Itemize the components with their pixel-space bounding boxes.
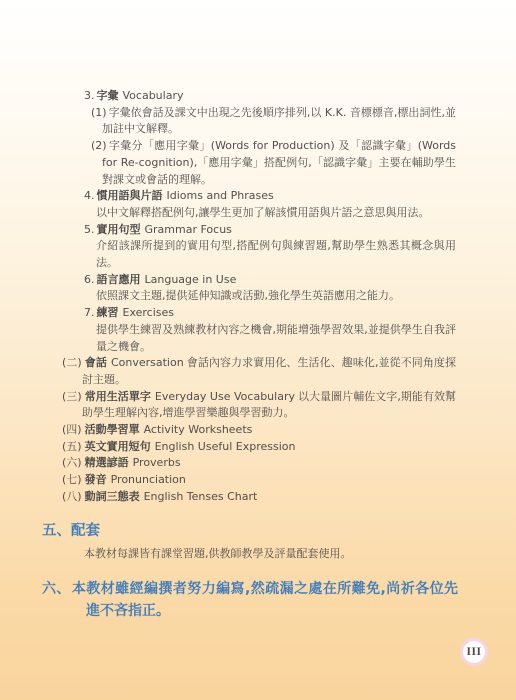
sub-section-marker: (八) [62, 490, 82, 503]
sub-item: (1)字彙依會話及課文中出現之先後順序排列,以 K.K. 音標標音,標出詞性,並… [91, 105, 456, 138]
sub-section-label-en: Activity Worksheets [144, 423, 253, 436]
document-page: 3.字彙Vocabulary (1)字彙依會話及課文中出現之先後順序排列,以 K… [0, 0, 516, 700]
sub-section-marker: (二) [62, 356, 82, 369]
content-area: 3.字彙Vocabulary (1)字彙依會話及課文中出現之先後順序排列,以 K… [42, 88, 458, 622]
feature-item-body: 介紹該課所提到的實用句型,搭配例句與練習題,幫助學生熟悉其概念與用法。 [96, 238, 456, 271]
sub-section-list: (二)會話Conversation會話內容力求實用化、生活化、趣味化,並從不同角… [62, 355, 456, 505]
sub-item-marker: (1) [91, 106, 107, 119]
sub-item-text: 字彙依會話及課文中出現之先後順序排列,以 K.K. 音標標音,標出詞性,並加註中… [102, 106, 456, 136]
sub-section-marker: (七) [62, 473, 82, 486]
sub-section-useful-expression: (五)英文實用短句English Useful Expression [62, 439, 456, 456]
item-marker: 6. [84, 273, 95, 286]
item-title-en: Exercises [123, 306, 175, 319]
sub-section-label-en: Conversation [111, 356, 184, 369]
sub-section-label-zh: 發音 [85, 473, 107, 486]
item-title-en: Idioms and Phrases [167, 189, 274, 202]
sub-section-label-en: Pronunciation [111, 473, 186, 486]
item-marker: 3. [84, 89, 95, 102]
item-title-zh: 語言應用 [97, 273, 141, 286]
item-title-zh: 慣用語與片語 [97, 189, 163, 202]
section-six-marker: 六、 [42, 581, 71, 597]
section-five-heading: 五、配套 [42, 522, 458, 540]
sub-section-conversation: (二)會話Conversation會話內容力求實用化、生活化、趣味化,並從不同角… [62, 355, 456, 388]
sub-section-marker: (六) [62, 456, 82, 469]
sub-section-marker: (三) [62, 390, 82, 403]
feature-item-heading: 4.慣用語與片語Idioms and Phrases [84, 188, 456, 205]
item-title-en: Grammar Focus [145, 223, 232, 236]
item-marker: 4. [84, 189, 95, 202]
item-marker: 5. [84, 223, 95, 236]
sub-section-label-en: Everyday Use Vocabulary [155, 390, 295, 403]
sub-section-everyday-vocabulary: (三)常用生活單字Everyday Use Vocabulary以大量圖片輔佐文… [62, 389, 456, 422]
item-title-en: Language in Use [145, 273, 237, 286]
sub-section-tenses-chart: (八)動詞三態表English Tenses Chart [62, 489, 456, 506]
sub-section-proverbs: (六)精選諺語Proverbs [62, 455, 456, 472]
sub-section-label-zh: 活動學習單 [85, 423, 140, 436]
feature-item-body: 提供學生練習及熟練教材內容之機會,期能增強學習效果,並提供學生自我評量之機會。 [96, 322, 456, 355]
sub-item: (2)字彙分「應用字彙」(Words for Production) 及「認識字… [91, 138, 456, 188]
feature-item-vocabulary: 3.字彙Vocabulary (1)字彙依會話及課文中出現之先後順序排列,以 K… [84, 88, 456, 188]
feature-item-heading: 7.練習Exercises [84, 305, 456, 322]
feature-list: 3.字彙Vocabulary (1)字彙依會話及課文中出現之先後順序排列,以 K… [84, 88, 456, 355]
feature-item-heading: 5.實用句型Grammar Focus [84, 222, 456, 239]
section-five-body: 本教材每課皆有課堂習題,供教師教學及評量配套使用。 [84, 546, 458, 563]
item-title-zh: 練習 [97, 306, 119, 319]
feature-item-exercises: 7.練習Exercises 提供學生練習及熟練教材內容之機會,期能增強學習效果,… [84, 305, 456, 355]
feature-item-heading: 6.語言應用Language in Use [84, 272, 456, 289]
feature-item-idioms: 4.慣用語與片語Idioms and Phrases 以中文解釋搭配例句,讓學生… [84, 188, 456, 221]
sub-section-marker: (四) [62, 423, 82, 436]
feature-item-heading: 3.字彙Vocabulary [84, 88, 456, 105]
section-six-paragraph: 六、本教材雖經編撰者努力編寫,然疏漏之處在所難免,尚祈各位先進不吝指正。 [42, 579, 458, 622]
sub-section-label-en: Proverbs [133, 456, 181, 469]
sub-section-label-zh: 精選諺語 [85, 456, 129, 469]
sub-item-marker: (2) [91, 139, 107, 152]
sub-section-label-en: English Useful Expression [155, 440, 296, 453]
feature-item-grammar: 5.實用句型Grammar Focus 介紹該課所提到的實用句型,搭配例句與練習… [84, 222, 456, 272]
sub-section-pronunciation: (七)發音Pronunciation [62, 472, 456, 489]
page-number: III [467, 646, 482, 658]
sub-item-text: 字彙分「應用字彙」(Words for Production) 及「認識字彙」(… [102, 139, 456, 185]
page-number-badge: III [460, 638, 488, 666]
feature-item-body: 依照課文主題,提供延伸知識或活動,強化學生英語應用之能力。 [96, 288, 456, 305]
sub-section-label-zh: 會話 [85, 356, 107, 369]
item-title-zh: 實用句型 [97, 223, 141, 236]
sub-section-label-zh: 動詞三態表 [85, 490, 140, 503]
sub-section-label-zh: 英文實用短句 [85, 440, 151, 453]
sub-section-marker: (五) [62, 440, 82, 453]
item-title-zh: 字彙 [97, 89, 119, 102]
section-six-text: 本教材雖經編撰者努力編寫,然疏漏之處在所難免,尚祈各位先進不吝指正。 [72, 581, 458, 619]
sub-section-activity-worksheets: (四)活動學習單Activity Worksheets [62, 422, 456, 439]
feature-item-body: 以中文解釋搭配例句,讓學生更加了解該慣用語與片語之意思與用法。 [96, 205, 456, 222]
sub-section-label-zh: 常用生活單字 [85, 390, 151, 403]
feature-item-language-in-use: 6.語言應用Language in Use 依照課文主題,提供延伸知識或活動,強… [84, 272, 456, 305]
sub-section-label-en: English Tenses Chart [144, 490, 258, 503]
item-title-en: Vocabulary [123, 89, 184, 102]
item-marker: 7. [84, 306, 95, 319]
